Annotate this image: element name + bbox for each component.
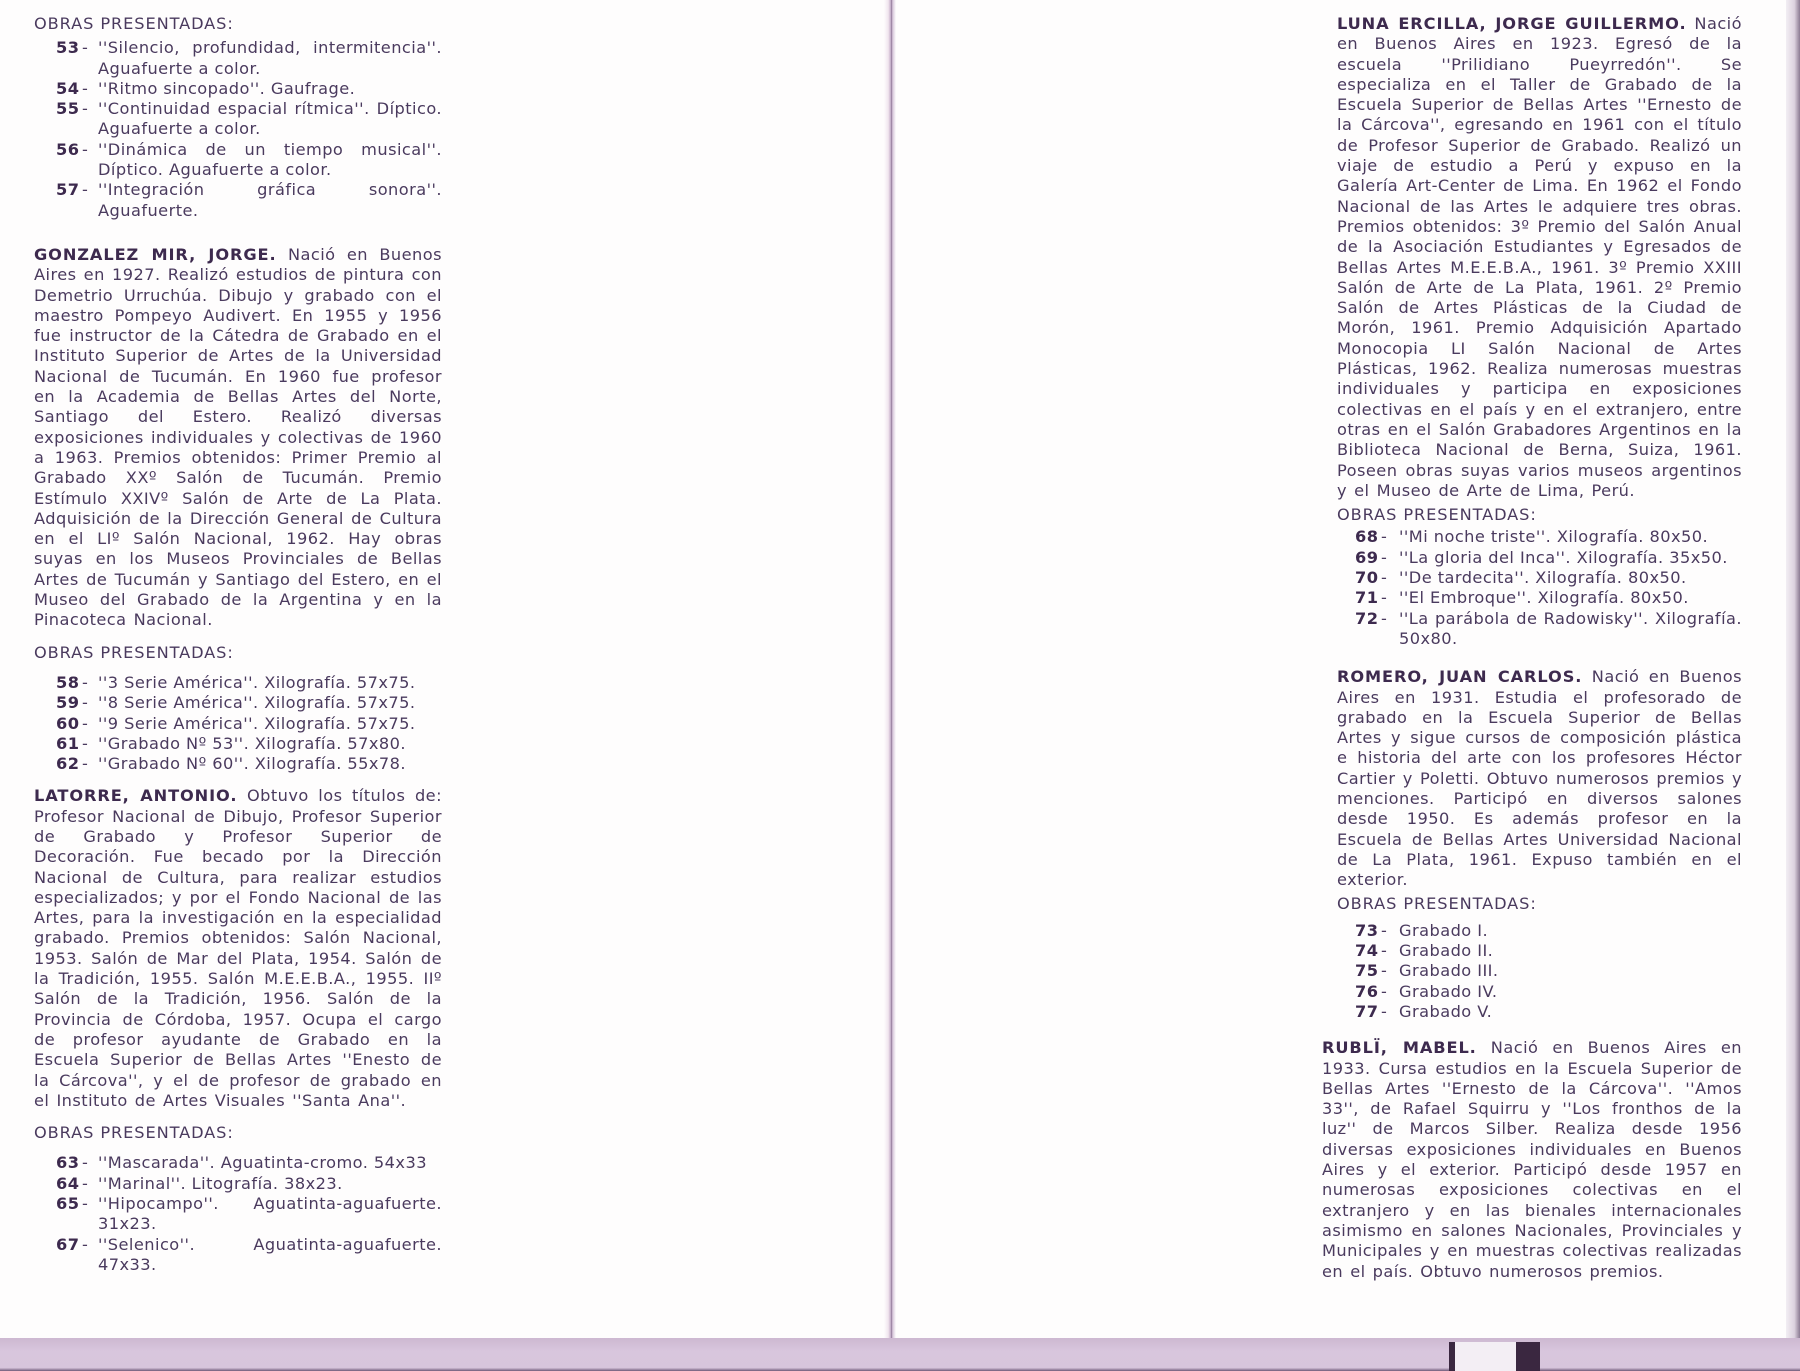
work-number: 68: [1355, 527, 1378, 547]
work-item: 61-''Grabado Nº 53''. Xilografía. 57x80.: [34, 734, 442, 754]
bio-text: Nació en Buenos Aires en 1927. Realizó e…: [34, 245, 442, 629]
works-heading: OBRAS PRESENTADAS:: [1337, 894, 1742, 914]
work-item: 63-''Mascarada''. Aguatinta-cromo. 54x33: [34, 1153, 442, 1173]
work-number: 65: [56, 1194, 79, 1214]
work-item: 68-''Mi noche triste''. Xilografía. 80x5…: [1337, 527, 1742, 547]
work-number: 70: [1355, 568, 1378, 588]
work-item: 59-''8 Serie América''. Xilografía. 57x7…: [34, 693, 442, 713]
work-item: 56-''Dinámica de un tiempo musical''. Dí…: [34, 140, 442, 181]
work-number: 69: [1355, 548, 1378, 568]
work-number: 54: [56, 79, 79, 99]
dash: -: [1381, 609, 1387, 629]
work-number: 72: [1355, 609, 1378, 629]
dash: -: [1381, 921, 1387, 941]
bio-text: Obtuvo los títulos de: Profesor Nacional…: [34, 786, 442, 1109]
work-number: 58: [56, 673, 79, 693]
work-number: 64: [56, 1174, 79, 1194]
dash: -: [1381, 527, 1387, 547]
work-item: 65-''Hipocampo''. Aguatinta-aguafuerte. …: [34, 1194, 442, 1235]
work-number: 76: [1355, 982, 1378, 1002]
work-item: 69-''La gloria del Inca''. Xilografía. 3…: [1337, 548, 1742, 568]
work-text: Grabado IV.: [1399, 982, 1498, 1001]
work-text: ''9 Serie América''. Xilografía. 57x75.: [98, 714, 416, 733]
work-text: ''El Embroque''. Xilografía. 80x50.: [1399, 588, 1689, 607]
dash: -: [1381, 961, 1387, 981]
work-number: 77: [1355, 1002, 1378, 1022]
dash: -: [82, 1235, 88, 1255]
work-item: 74-Grabado II.: [1337, 941, 1742, 961]
work-item: 75-Grabado III.: [1337, 961, 1742, 981]
work-text: ''3 Serie América''. Xilografía. 57x75.: [98, 673, 416, 692]
artist-entry: ROMERO, JUAN CARLOS. Nació en Buenos Air…: [1337, 667, 1742, 1022]
dash: -: [1381, 1002, 1387, 1022]
work-item: 73-Grabado I.: [1337, 921, 1742, 941]
dash: -: [82, 714, 88, 734]
work-item: 54-''Ritmo sincopado''. Gaufrage.: [34, 79, 442, 99]
work-item: 67-''Selenico''. Aguatinta-aguafuerte. 4…: [34, 1235, 442, 1276]
artist-name: LUNA ERCILLA, JORGE GUILLERMO.: [1337, 14, 1687, 33]
binding-mark: [1516, 1342, 1540, 1371]
dash: -: [1381, 568, 1387, 588]
dash: -: [82, 673, 88, 693]
work-item: 70-''De tardecita''. Xilografía. 80x50.: [1337, 568, 1742, 588]
work-number: 55: [56, 99, 79, 119]
work-text: Grabado V.: [1399, 1002, 1492, 1021]
left-page: OBRAS PRESENTADAS: 53-''Silencio, profun…: [34, 14, 442, 1287]
work-item: 60-''9 Serie América''. Xilografía. 57x7…: [34, 714, 442, 734]
dash: -: [82, 99, 88, 119]
work-text: ''De tardecita''. Xilografía. 80x50.: [1399, 568, 1687, 587]
work-item: 77-Grabado V.: [1337, 1002, 1742, 1022]
artist-bio: RUBLÏ, MABEL. Nació en Buenos Aires en 1…: [1322, 1038, 1742, 1282]
dash: -: [1381, 548, 1387, 568]
works-list: 63-''Mascarada''. Aguatinta-cromo. 54x33…: [34, 1153, 442, 1275]
works-heading: OBRAS PRESENTADAS:: [34, 643, 442, 663]
work-number: 60: [56, 714, 79, 734]
work-number: 63: [56, 1153, 79, 1173]
bio-text: Nació en Buenos Aires en 1923. Egresó de…: [1337, 14, 1742, 500]
right-page: LUNA ERCILLA, JORGE GUILLERMO. Nació en …: [1337, 14, 1742, 1294]
works-list: 73-Grabado I. 74-Grabado II. 75-Grabado …: [1337, 921, 1742, 1022]
dash: -: [82, 140, 88, 160]
artist-name: LATORRE, ANTONIO.: [34, 786, 237, 805]
works-list: 53-''Silencio, profundidad, intermitenci…: [34, 38, 442, 221]
work-number: 71: [1355, 588, 1378, 608]
work-item: 76-Grabado IV.: [1337, 982, 1742, 1002]
work-text: ''Integración gráfica sonora''. Aguafuer…: [98, 180, 442, 219]
dash: -: [82, 754, 88, 774]
work-text: ''8 Serie América''. Xilografía. 57x75.: [98, 693, 416, 712]
artist-bio: LATORRE, ANTONIO. Obtuvo los títulos de:…: [34, 786, 442, 1111]
book-gutter: [884, 0, 896, 1340]
dash: -: [82, 1174, 88, 1194]
binding-gap: [1455, 1342, 1516, 1371]
work-text: Grabado I.: [1399, 921, 1488, 940]
artist-name: RUBLÏ, MABEL.: [1322, 1038, 1477, 1057]
works-list: 58-''3 Serie América''. Xilografía. 57x7…: [34, 673, 442, 774]
binding-mark: [1449, 1342, 1455, 1371]
works-list: 68-''Mi noche triste''. Xilografía. 80x5…: [1337, 527, 1742, 649]
work-number: 62: [56, 754, 79, 774]
work-text: Grabado III.: [1399, 961, 1499, 980]
work-text: ''Ritmo sincopado''. Gaufrage.: [98, 79, 355, 98]
works-heading: OBRAS PRESENTADAS:: [1337, 505, 1742, 525]
work-item: 57-''Integración gráfica sonora''. Aguaf…: [34, 180, 442, 221]
work-text: ''La parábola de Radowisky''. Xilografía…: [1399, 609, 1742, 648]
work-text: ''Grabado Nº 60''. Xilografía. 55x78.: [98, 754, 406, 773]
dash: -: [1381, 941, 1387, 961]
artist-name: ROMERO, JUAN CARLOS.: [1337, 667, 1582, 686]
work-number: 73: [1355, 921, 1378, 941]
work-number: 75: [1355, 961, 1378, 981]
work-number: 53: [56, 38, 79, 58]
artist-entry: GONZALEZ MIR, JORGE. Nació en Buenos Air…: [34, 245, 442, 774]
work-text: ''Grabado Nº 53''. Xilografía. 57x80.: [98, 734, 406, 753]
bio-text: Nació en Buenos Aires en 1931. Estudia e…: [1337, 667, 1742, 889]
bio-text: Nació en Buenos Aires en 1933. Cursa est…: [1322, 1038, 1742, 1280]
work-text: ''Continuidad espacial rítmica''. Díptic…: [98, 99, 442, 138]
dash: -: [82, 180, 88, 200]
work-text: ''Mascarada''. Aguatinta-cromo. 54x33: [98, 1153, 427, 1172]
artist-bio: LUNA ERCILLA, JORGE GUILLERMO. Nació en …: [1337, 14, 1742, 501]
work-item: 55-''Continuidad espacial rítmica''. Díp…: [34, 99, 442, 140]
work-text: ''Silencio, profundidad, intermitencia''…: [98, 38, 442, 77]
works-block: OBRAS PRESENTADAS: 53-''Silencio, profun…: [34, 14, 442, 221]
work-item: 64-''Marinal''. Litografía. 38x23.: [34, 1174, 442, 1194]
work-item: 72-''La parábola de Radowisky''. Xilogra…: [1337, 609, 1742, 650]
work-text: ''Dinámica de un tiempo musical''. Dípti…: [98, 140, 442, 179]
dash: -: [82, 1194, 88, 1214]
dash: -: [82, 79, 88, 99]
dash: -: [1381, 588, 1387, 608]
work-item: 62-''Grabado Nº 60''. Xilografía. 55x78.: [34, 754, 442, 774]
work-text: ''Marinal''. Litografía. 38x23.: [98, 1174, 343, 1193]
work-number: 56: [56, 140, 79, 160]
dash: -: [82, 38, 88, 58]
works-heading: OBRAS PRESENTADAS:: [34, 1123, 442, 1143]
artist-name: GONZALEZ MIR, JORGE.: [34, 245, 277, 264]
dash: -: [1381, 982, 1387, 1002]
dash: -: [82, 1153, 88, 1173]
dash: -: [82, 734, 88, 754]
work-number: 74: [1355, 941, 1378, 961]
artist-entry: LATORRE, ANTONIO. Obtuvo los títulos de:…: [34, 786, 442, 1275]
work-item: 58-''3 Serie América''. Xilografía. 57x7…: [34, 673, 442, 693]
work-item: 71-''El Embroque''. Xilografía. 80x50.: [1337, 588, 1742, 608]
work-number: 61: [56, 734, 79, 754]
dash: -: [82, 693, 88, 713]
work-number: 59: [56, 693, 79, 713]
work-text: ''La gloria del Inca''. Xilografía. 35x5…: [1399, 548, 1728, 567]
artist-entry: LUNA ERCILLA, JORGE GUILLERMO. Nació en …: [1337, 14, 1742, 649]
work-number: 67: [56, 1235, 79, 1255]
artist-bio: ROMERO, JUAN CARLOS. Nació en Buenos Air…: [1337, 667, 1742, 890]
work-number: 57: [56, 180, 79, 200]
work-text: ''Hipocampo''. Aguatinta-aguafuerte. 31x…: [98, 1194, 442, 1233]
work-text: ''Mi noche triste''. Xilografía. 80x50.: [1399, 527, 1708, 546]
artist-entry: RUBLÏ, MABEL. Nació en Buenos Aires en 1…: [1322, 1038, 1742, 1282]
works-heading: OBRAS PRESENTADAS:: [34, 14, 442, 34]
work-text: ''Selenico''. Aguatinta-aguafuerte. 47x3…: [98, 1235, 442, 1274]
work-item: 53-''Silencio, profundidad, intermitenci…: [34, 38, 442, 79]
work-text: Grabado II.: [1399, 941, 1493, 960]
page-edge: [1786, 0, 1800, 1340]
artist-bio: GONZALEZ MIR, JORGE. Nació en Buenos Air…: [34, 245, 442, 631]
